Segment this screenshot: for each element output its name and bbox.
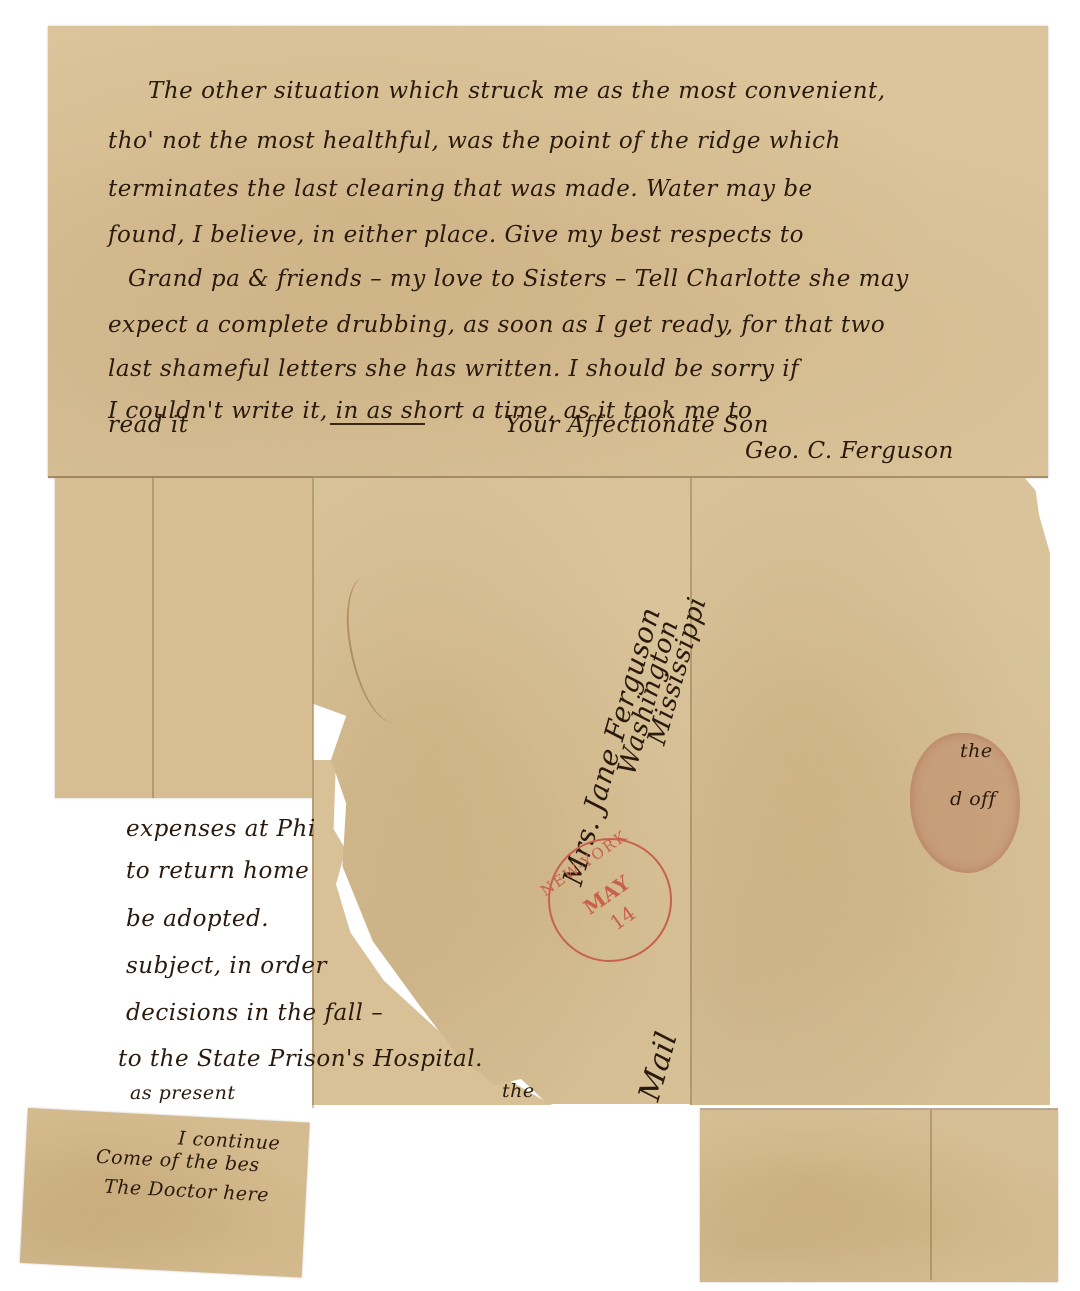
fragment-line: as present [130,1082,235,1104]
fragment-line: to the State Prison's Hospital. [118,1046,483,1072]
fragment-line: the [502,1080,535,1102]
letter-line: last shameful letters she has written. I… [108,356,799,382]
letter-line: tho' not the most healthful, was the poi… [108,128,841,154]
fragment-line: subject, in order [126,953,327,979]
horizontal-fold [48,476,1048,478]
fragment-line: be adopted. [126,906,269,932]
letter-line: The other situation which struck me as t… [148,78,886,104]
closing: Your Affectionate Son [505,412,769,438]
letter-line: terminates the last clearing that was ma… [108,176,813,202]
seal-text: the [960,740,993,762]
fragment-line: decisions in the fall – [126,1000,383,1026]
vertical-fold-left [152,478,154,798]
horizontal-fold-bottom [700,1108,1058,1110]
fragment-line: to return home [126,858,309,884]
fragment-line: expenses at Phi [126,816,316,842]
vertical-fold-bottom-right [930,1110,932,1280]
seal-text: d off [950,788,996,810]
letter-bottom-right-flap [700,1110,1058,1282]
letter-left-panel [55,478,313,798]
signature: Geo. C. Ferguson [745,438,954,464]
letter-line: Grand pa & friends – my love to Sisters … [128,266,909,292]
letter-line: read it [108,412,188,438]
letter-line: expect a complete drubbing, as soon as I… [108,312,885,338]
vertical-fold-center-right [690,478,692,1105]
dash-stroke [330,423,425,425]
letter-line: found, I believe, in either place. Give … [108,222,804,248]
